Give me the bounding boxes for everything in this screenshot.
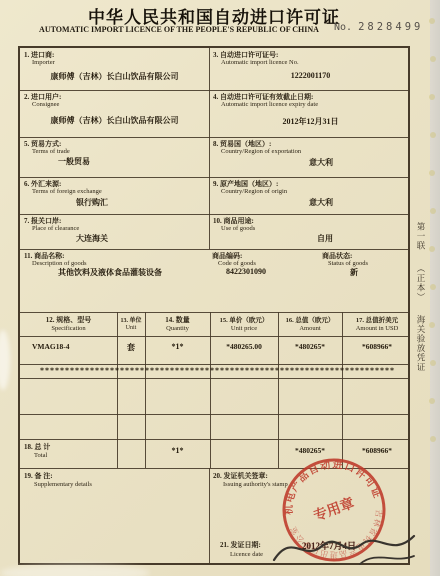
divider-line <box>20 312 408 313</box>
col-header-zh: 12. 规格、型号 <box>20 315 117 325</box>
goods-status-label-en: Status of goods <box>328 260 368 267</box>
licence-serial: No. 2828499 <box>334 21 423 33</box>
field-expiry-date: 4. 自动进口许可证有效截止日期: Automatic import licen… <box>209 90 412 137</box>
field-value: 意大利 <box>309 197 333 208</box>
divider-line <box>20 378 408 379</box>
cell-specification: VMAG18-4 <box>32 342 70 351</box>
licence-date-label-zh: 21. 发证日期: <box>220 540 261 550</box>
remarks-label-zh: 19. 备 注: <box>24 471 53 481</box>
asterisk-fill: ****************************************… <box>40 366 394 375</box>
divider-line <box>20 364 408 365</box>
goods-status-value: 新 <box>350 267 358 278</box>
field-use-of-goods: 10. 商品用途: Use of goods 自用 <box>209 214 412 249</box>
field-value: 2012年12月31日 <box>209 116 412 127</box>
field-importer: 1. 进口商: Importer 康师傅（吉林）长白山饮品有限公司 <box>20 48 209 90</box>
divider-line <box>20 414 408 415</box>
licence-form: 1. 进口商: Importer 康师傅（吉林）长白山饮品有限公司 3. 自动进… <box>18 46 410 565</box>
field-licence-no: 3. 自动进口许可证号: Automatic import licence No… <box>209 48 412 90</box>
col-header-en: Specification <box>20 325 117 332</box>
field-label-en: Importer <box>32 59 55 66</box>
divider-line <box>20 336 408 337</box>
field-label-en: Terms of trade <box>32 148 70 155</box>
divider-line <box>145 312 146 468</box>
total-label-zh: 18. 总 计 <box>24 442 50 452</box>
customs-note: 海关验放凭证 <box>414 315 428 372</box>
field-label-en: Terms of foreign exchange <box>32 188 102 195</box>
col-header-zh: 13. 单位 <box>117 315 145 324</box>
field-label-en: Automatic import licence expiry date <box>221 101 318 108</box>
field-consignee: 2. 进口用户: Consignee 康师傅（吉林）长白山饮品有限公司 <box>20 90 209 137</box>
cell-amount-usd: *608966* <box>342 342 412 351</box>
field-place-of-clearance: 7. 报关口岸: Place of clearance 大连海关 <box>20 214 209 249</box>
field-value: 1222001170 <box>209 71 412 80</box>
field-label-en: Country/Region of exportation <box>221 148 301 155</box>
col-header-zh: 16. 总值（欧元） <box>278 315 342 324</box>
col-header-zh: 14. 数量 <box>145 315 210 325</box>
edge-dot <box>429 398 435 404</box>
licence-date-label-en: Licence date <box>230 551 263 558</box>
goods-code-label-en: Code of goods <box>218 260 256 267</box>
col-header-en: Unit price <box>210 325 278 332</box>
divider-line <box>209 468 210 563</box>
margin-copy-info: 第一联 （正本） 海关验放凭证 <box>414 222 428 372</box>
field-label-en: Consignee <box>32 101 59 108</box>
field-terms-of-trade: 5. 贸易方式: Terms of trade 一般贸易 <box>20 137 209 177</box>
field-value: 一般贸易 <box>58 156 90 167</box>
col-header-en: Amount <box>278 325 342 332</box>
stamp-label-zh: 20. 发证机关签章: <box>213 471 268 481</box>
field-foreign-exchange: 6. 外汇来源: Terms of foreign exchange 银行购汇 <box>20 177 209 214</box>
copy-number: 第一联 <box>414 222 428 251</box>
total-quantity: *1* <box>145 446 210 455</box>
remarks-label-en: Supplementary details <box>34 481 92 488</box>
document-subtitle: AUTOMATIC IMPORT LICENCE OF THE PEOPLE'S… <box>24 25 334 34</box>
edge-dot <box>429 246 435 252</box>
cell-amount: *480265* <box>278 342 342 351</box>
section-goods: 11. 商品名称: Description of goods 其他饮料及液体食品… <box>20 249 412 312</box>
field-value: 大连海关 <box>76 233 108 244</box>
edge-dot <box>430 436 436 442</box>
field-label-en: Use of goods <box>221 225 255 232</box>
divider-line <box>342 312 343 468</box>
col-header-en: Unit <box>117 325 145 331</box>
divider-line <box>20 439 408 440</box>
edge-dot <box>430 284 436 290</box>
goods-label-en: Description of goods <box>32 260 87 267</box>
signature <box>268 516 418 568</box>
licence-no-value: 2828499 <box>358 21 423 33</box>
divider-line <box>278 312 279 468</box>
field-value: 银行购汇 <box>76 197 108 208</box>
edge-dot <box>430 56 436 62</box>
edge-dot <box>429 170 435 176</box>
total-label-en: Total <box>34 452 47 459</box>
cell-unit: 套 <box>117 342 145 353</box>
paper-tear <box>0 564 150 576</box>
col-header-en: Quantity <box>145 325 210 332</box>
edge-dot <box>430 208 436 214</box>
field-value: 意大利 <box>309 157 333 168</box>
licence-no-label: No. <box>334 22 352 33</box>
paper-tear <box>0 330 10 390</box>
cell-unit-price: *480265.00 <box>210 342 278 351</box>
field-country-origin: 9. 原产地国（地区）: Country/Region of origin 意大… <box>209 177 412 214</box>
field-value: 康师傅（吉林）长白山饮品有限公司 <box>20 115 209 126</box>
divider-line <box>210 312 211 468</box>
field-value: 康师傅（吉林）长白山饮品有限公司 <box>20 71 209 82</box>
divider-line <box>117 312 118 468</box>
goods-description: 其他饮料及液体食品灌装设备 <box>58 267 162 278</box>
original-mark: （正本） <box>414 264 428 302</box>
cell-quantity: *1* <box>145 342 210 351</box>
field-value: 自用 <box>317 233 333 244</box>
col-header-zh: 17. 总值折美元 <box>342 315 412 324</box>
col-header-zh: 15. 单价（欧元） <box>210 315 278 324</box>
field-label-en: Place of clearance <box>32 225 79 232</box>
edge-dot <box>430 360 436 366</box>
licence-document: 中华人民共和国自动进口许可证 AUTOMATIC IMPORT LICENCE … <box>0 0 434 576</box>
edge-dot <box>430 132 436 138</box>
goods-code-value: 8422301090 <box>226 267 266 276</box>
field-label-en: Automatic import licence No. <box>221 59 299 66</box>
edge-dot <box>429 322 435 328</box>
col-header-en: Amount in USD <box>342 325 412 332</box>
photo-background: 中华人民共和国自动进口许可证 AUTOMATIC IMPORT LICENCE … <box>0 0 440 576</box>
field-label-en: Country/Region of origin <box>221 188 287 195</box>
edge-dot <box>429 94 435 100</box>
edge-dot <box>429 18 435 24</box>
field-country-exportation: 8. 贸易国（地区）: Country/Region of exportatio… <box>209 137 412 177</box>
